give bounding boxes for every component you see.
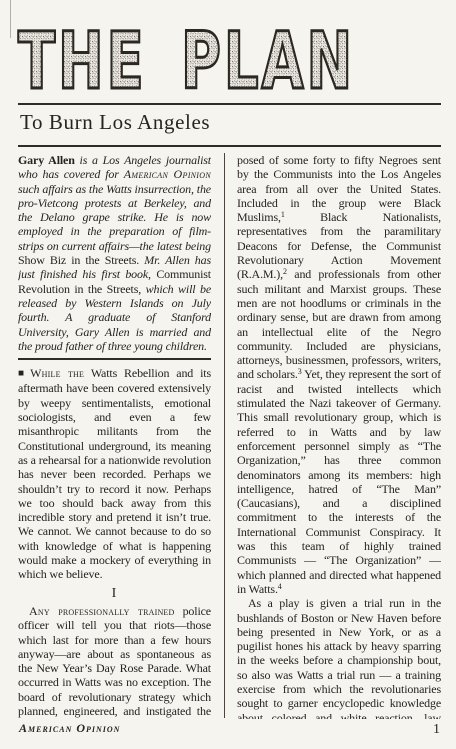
lead-in-smallcaps: Any professionally trained: [29, 604, 175, 618]
paragraph-text: Watts Rebellion and its aftermath have b…: [18, 366, 211, 581]
page-number: 1: [433, 722, 440, 738]
author-name: Gary Allen: [18, 153, 75, 167]
magazine-name: American Opinion: [124, 167, 211, 181]
trial-run-paragraph: As a play is given a trial run in the bu…: [237, 596, 441, 719]
filmstrip-title: Show Biz in the Streets.: [18, 253, 139, 267]
paragraph-text: police officer will tell you that riots—…: [18, 604, 211, 719]
section-heading-numeral: I: [18, 587, 211, 601]
left-column: Gary Allen is a Los Angeles journalist w…: [18, 153, 211, 719]
magazine-page: THE PLAN To Burn Los Angeles Gary Allen …: [0, 0, 456, 749]
journal-name-footer: American Opinion: [19, 721, 120, 736]
bio-text: such affairs as the Watts insurrection, …: [18, 182, 211, 253]
bio-divider-rule: [18, 358, 211, 360]
footnote-marker-4: 4: [278, 582, 282, 591]
column-divider-rule: [224, 153, 225, 718]
title-divider-rule: [18, 103, 441, 105]
opening-paragraph: ■While the Watts Rebellion and its after…: [18, 366, 211, 581]
two-column-body: Gary Allen is a Los Angeles journalist w…: [18, 153, 441, 719]
author-bio-paragraph: Gary Allen is a Los Angeles journalist w…: [18, 153, 211, 353]
lead-in-smallcaps: While the: [30, 366, 84, 380]
section-one-paragraph: Any professionally trained police office…: [18, 604, 211, 719]
right-column: posed of some forty to fifty Negroes sen…: [237, 153, 441, 719]
paragraph-text: and professionals from other such milita…: [237, 267, 441, 381]
square-bullet-icon: ■: [18, 368, 30, 379]
masthead-title-art: THE PLAN: [18, 30, 318, 94]
paragraph-text: Yet, they represent the sort of racist a…: [237, 367, 441, 595]
scan-edge-artifact: [10, 0, 11, 38]
continued-paragraph: posed of some forty to fifty Negroes sen…: [237, 153, 441, 596]
page-subtitle: To Burn Los Angeles: [20, 110, 210, 135]
subtitle-divider-rule: [18, 145, 441, 147]
page-title: THE PLAN: [18, 16, 355, 106]
